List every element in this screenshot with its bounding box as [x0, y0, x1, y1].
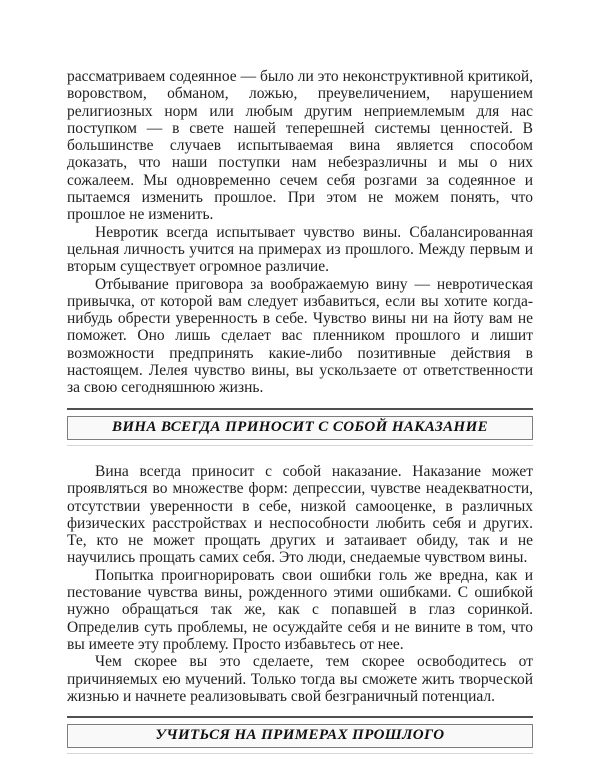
body-paragraph-5: Попытка проигнорировать свои ошибки голь… [67, 567, 533, 653]
body-paragraph-6: Чем скорее вы это сделаете, тем скорее о… [67, 653, 533, 705]
banner-rule-top [67, 716, 533, 718]
section-heading-1: ВИНА ВСЕГДА ПРИНОСИТ С СОБОЙ НАКАЗАНИЕ [67, 416, 533, 440]
banner-rule-bottom [67, 753, 533, 754]
section-banner-2: УЧИТЬСЯ НА ПРИМЕРАХ ПРОШЛОГО [67, 716, 533, 754]
banner-rule-top [67, 408, 533, 410]
text-block: рассматриваем содеянное — было ли это не… [67, 68, 533, 771]
book-page: рассматриваем содеянное — было ли это не… [0, 0, 600, 777]
body-paragraph-2: Невротик всегда испытывает чувство вины.… [67, 224, 533, 276]
section-banner-1: ВИНА ВСЕГДА ПРИНОСИТ С СОБОЙ НАКАЗАНИЕ [67, 408, 533, 446]
section-heading-2: УЧИТЬСЯ НА ПРИМЕРАХ ПРОШЛОГО [67, 724, 533, 748]
body-paragraph-3: Отбывание приговора за воображаемую вину… [67, 276, 533, 397]
body-paragraph-4: Вина всегда приносит с собой наказание. … [67, 463, 533, 567]
banner-rule-bottom [67, 445, 533, 446]
body-paragraph-1: рассматриваем содеянное — было ли это не… [67, 68, 533, 224]
